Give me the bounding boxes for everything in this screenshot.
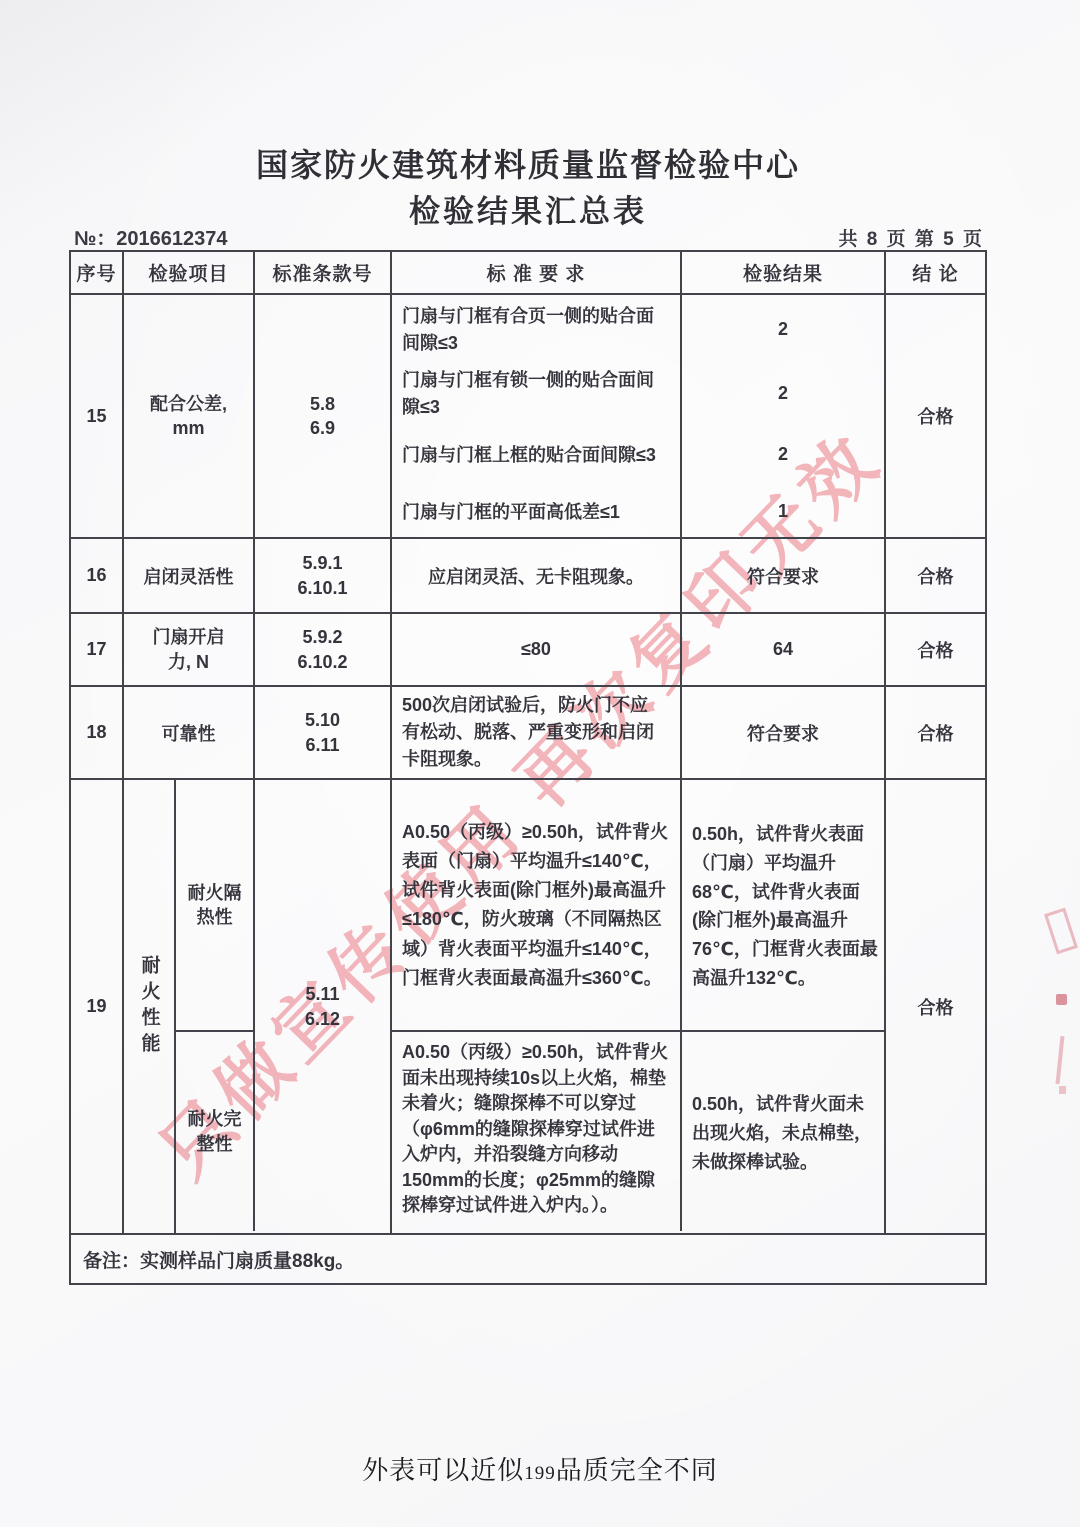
result-value: 2 [682, 363, 884, 423]
clause-line: 6.10.1 [297, 576, 347, 600]
cell-no: 16 [71, 539, 124, 612]
subitem-line: 整性 [197, 1132, 233, 1156]
clause-line: 5.10 [305, 708, 340, 732]
cell-clause: 5.106.11 [255, 687, 392, 778]
cell-clause: 5.9.26.10.2 [255, 614, 392, 685]
item-line: mm [172, 416, 204, 440]
cell-clause: 5.116.12 [255, 780, 392, 1233]
org-title: 国家防火建筑材料质量监督检验中心 [69, 140, 987, 186]
table-row: 15 配合公差,mm 5.86.9 门扇与门框有合页一侧的贴合面间隙≤3 门扇与… [71, 295, 985, 539]
requirement-text: A0.50（丙级）≥0.50h，试件背火表面（门扇）平均温升≤140℃，试件背火… [392, 780, 680, 999]
item-line: 力, N [168, 650, 209, 674]
subrow-integrity: A0.50（丙级）≥0.50h，试件背火面未出现持续10s以上火焰，棉垫未着火；… [392, 1032, 886, 1231]
col-header-conclusion: 结 论 [886, 252, 985, 293]
report-number: №：2016612374 [74, 222, 228, 251]
table-row: 18 可靠性 5.106.11 500次启闭试验后，防火门不应有松动、脱落、严重… [71, 687, 985, 780]
cell-no: 15 [71, 295, 124, 537]
result-text: 0.50h，试件背火面未出现火焰，未点棉垫，未做探棒试验。 [682, 1080, 886, 1182]
table-row: 16 启闭灵活性 5.9.16.10.1 应启闭灵活、无卡阻现象。 符合要求 合… [71, 539, 985, 614]
col-header-no: 序号 [71, 252, 124, 293]
clause-line: 5.9.2 [302, 625, 342, 649]
cell-result: 0.50h，试件背火表面（门扇）平均温升68℃，试件背火表面(除门框外)最高温升… [682, 780, 886, 1030]
clause-line: 6.11 [305, 733, 339, 757]
result-value: 1 [682, 485, 884, 537]
scan-red-mark [1059, 1086, 1066, 1094]
cell-no: 17 [71, 614, 124, 685]
results-table: 序号 检验项目 标准条款号 标 准 要 求 检验结果 结 论 15 配合公差,m… [69, 250, 987, 1285]
clause-line: 5.11 [305, 982, 339, 1006]
remark-row: 备注：实测样品门扇质量88kg。 [71, 1235, 985, 1283]
cell-requirement: 500次启闭试验后，防火门不应有松动、脱落、严重变形和启闭卡阻现象。 [392, 687, 682, 778]
cell-requirement: ≤80 [392, 614, 682, 685]
scan-red-mark [1056, 994, 1067, 1005]
req-result-column: A0.50（丙级）≥0.50h，试件背火表面（门扇）平均温升≤140℃，试件背火… [392, 780, 886, 1233]
requirement-text: A0.50（丙级）≥0.50h，试件背火面未出现持续10s以上火焰，棉垫未着火；… [392, 1032, 680, 1225]
cell-requirement: 应启闭灵活、无卡阻现象。 [392, 539, 682, 612]
table-row: 17 门扇开启力, N 5.9.26.10.2 ≤80 64 合格 [71, 614, 985, 687]
item-line: 门扇开启 [153, 625, 225, 649]
cell-conclusion: 合格 [886, 295, 985, 537]
requirement-text: 门扇与门框上框的贴合面间隙≤3 [392, 440, 680, 469]
cell-conclusion: 合格 [884, 780, 985, 1233]
scanned-report-page: 只做宣传使用 再次复印无效 国家防火建筑材料质量监督检验中心 检验结果汇总表 №… [0, 0, 1080, 1527]
requirement-text: 500次启闭试验后，防火门不应有松动、脱落、严重变形和启闭卡阻现象。 [392, 692, 680, 773]
item-line: 配合公差, [150, 392, 227, 416]
clause-line: 6.10.2 [297, 650, 347, 674]
footer-caption-prefix: 外表可以近似 [362, 1456, 524, 1485]
cell-conclusion: 合格 [886, 614, 985, 685]
cell-no: 19 [71, 780, 124, 1233]
result-value: 2 [682, 423, 884, 485]
cell-subitem: 耐火完整性 [176, 1032, 255, 1231]
remark-cell: 备注：实测样品门扇质量88kg。 [71, 1235, 985, 1283]
page-count: 共 8 页 第 5 页 [838, 224, 984, 251]
subitem-column: 耐火隔热性 耐火完整性 [176, 780, 255, 1233]
subitem-line: 耐火完 [188, 1107, 242, 1131]
cell-item: 启闭灵活性 [124, 539, 255, 612]
col-header-clause: 标准条款号 [255, 252, 392, 293]
table-row: 19 耐火性能 耐火隔热性 耐火完整性 5.116.12 A0.50（丙级）≥0… [71, 780, 985, 1235]
table-header-row: 序号 检验项目 标准条款号 标 准 要 求 检验结果 结 论 [71, 252, 985, 295]
footer-caption-number: 199 [524, 1463, 556, 1484]
scan-red-mark [1044, 908, 1078, 955]
result-text: 0.50h，试件背火表面（门扇）平均温升68℃，试件背火表面(除门框外)最高温升… [682, 780, 886, 999]
cell-conclusion: 合格 [886, 687, 985, 778]
cell-item-group: 耐火性能 [124, 780, 176, 1233]
cell-result: 0.50h，试件背火面未出现火焰，未点棉垫，未做探棒试验。 [682, 1032, 886, 1231]
footer-caption: 外表可以近似199品质完全不同 [0, 1450, 1080, 1487]
subrow-insulation: A0.50（丙级）≥0.50h，试件背火表面（门扇）平均温升≤140℃，试件背火… [392, 780, 886, 1032]
clause-line: 6.9 [310, 416, 335, 440]
cell-subitem: 耐火隔热性 [176, 780, 255, 1032]
clause-line: 5.9.1 [302, 551, 342, 575]
cell-item: 配合公差,mm [124, 295, 255, 537]
cell-results: 2 2 2 1 [682, 295, 886, 537]
subitem-line: 耐火隔 [188, 881, 242, 905]
requirement-text: 门扇与门框的平面高低差≤1 [392, 497, 680, 526]
clause-line: 5.8 [310, 392, 335, 416]
cell-clause: 5.9.16.10.1 [255, 539, 392, 612]
requirement-text: 门扇与门框有锁一侧的贴合面间隙≤3 [392, 365, 680, 421]
clause-line: 6.12 [305, 1007, 340, 1031]
cell-clause: 5.86.9 [255, 295, 392, 537]
col-header-item: 检验项目 [124, 252, 255, 293]
cell-item: 可靠性 [124, 687, 255, 778]
col-header-result: 检验结果 [682, 252, 886, 293]
footer-caption-suffix: 品质完全不同 [556, 1456, 718, 1485]
cell-requirement: A0.50（丙级）≥0.50h，试件背火面未出现持续10s以上火焰，棉垫未着火；… [392, 1032, 682, 1231]
scan-red-mark [1056, 1036, 1065, 1084]
cell-result: 64 [682, 614, 886, 685]
cell-result: 符合要求 [682, 539, 886, 612]
item-group-label: 耐火性能 [136, 955, 163, 1059]
cell-result: 符合要求 [682, 687, 886, 778]
requirement-text: 门扇与门框有合页一侧的贴合面间隙≤3 [392, 301, 680, 357]
cell-no: 18 [71, 687, 124, 778]
cell-requirement: A0.50（丙级）≥0.50h，试件背火表面（门扇）平均温升≤140℃，试件背火… [392, 780, 682, 1030]
subitem-line: 热性 [197, 905, 233, 929]
col-header-requirement: 标 准 要 求 [392, 252, 682, 293]
cell-item: 门扇开启力, N [124, 614, 255, 685]
cell-conclusion: 合格 [886, 539, 985, 612]
cell-requirements: 门扇与门框有合页一侧的贴合面间隙≤3 门扇与门框有锁一侧的贴合面间隙≤3 门扇与… [392, 295, 682, 537]
result-value: 2 [682, 295, 884, 363]
